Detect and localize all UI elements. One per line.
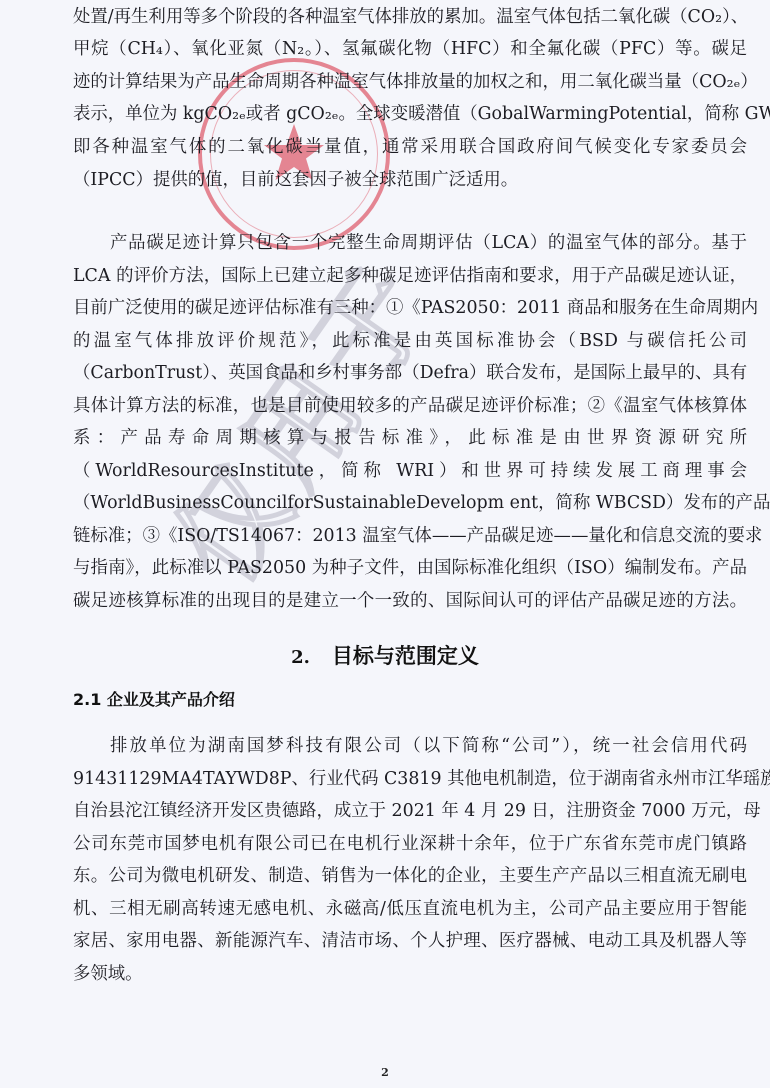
- paragraph3-line: 公司东莞市国梦电机有限公司已在电机行业深耕十余年，位于广东省东莞市虎门镇路: [73, 828, 747, 860]
- paragraph2-line: 目前广泛使用的碳足迹评估标准有三种：①《PAS2050：2011 商品和服务在生…: [73, 292, 747, 324]
- paragraph2-line: 系：产品寿命周期核算与报告标准》，此标准是由世界资源研究所: [73, 422, 747, 454]
- paragraph3-line: 自治县沱江镇经济开发区贵德路，成立于 2021 年 4 月 29 日，注册资金 …: [73, 795, 747, 827]
- section-title: 目标与范围定义: [332, 644, 479, 668]
- paragraph3-line: 机、三相无刷高转速无感电机、永磁高/低压直流电机为主，公司产品主要应用于智能: [73, 893, 747, 925]
- paragraph3-line: 91431129MA4TAYWD8P、行业代码 C3819 其他电机制造，位于湖…: [73, 763, 747, 795]
- paragraph3-line: 家居、家用电器、新能源汽车、清洁市场、个人护理、医疗器械、电动工具及机器人等: [73, 925, 747, 957]
- paragraph3-line: 东。公司为微电机研发、制造、销售为一体化的企业，主要生产产品以三相直流无刷电: [73, 860, 747, 892]
- paragraph1-line: 处置/再生利用等多个阶段的各种温室气体排放的累加。温室气体包括二氧化碳（CO₂）…: [73, 1, 747, 33]
- paragraph2-line: （WorldBusinessCouncilforSustainableDevel…: [73, 487, 747, 519]
- paragraph2-line: 与指南》，此标准以 PAS2050 为种子文件，由国际标准化组织（ISO）编制发…: [73, 552, 747, 584]
- document-page: 仅用于 处置/再生利用等多个阶段的各种温室气体排放的累加。温室气体包括二氧化碳（…: [0, 0, 770, 1088]
- section-heading: 2.目标与范围定义: [0, 640, 770, 674]
- paragraph3-line: 排放单位为湖南国梦科技有限公司（以下简称“公司”），统一社会信用代码: [110, 730, 747, 762]
- paragraph1-line: （IPCC）提供的值，目前这套因子被全球范围广泛适用。: [73, 164, 747, 196]
- paragraph2-line: （WorldResourcesInstitute，简称 WRI）和世界可持续发展…: [73, 455, 747, 487]
- paragraph2-line: （CarbonTrust）、英国食品和乡村事务部（Defra）联合发布，是国际上…: [73, 357, 747, 389]
- paragraph3-line: 多领域。: [73, 958, 747, 990]
- page-number: 2: [0, 1066, 770, 1079]
- section-number: 2.: [291, 647, 310, 668]
- paragraph2-line: LCA 的评价方法，国际上已建立起多种碳足迹评估指南和要求，用于产品碳足迹认证，: [73, 260, 747, 292]
- paragraph1-line: 迹的计算结果为产品生命周期各种温室气体排放量的加权之和，用二氧化碳当量（CO₂ₑ…: [73, 66, 747, 98]
- paragraph2-line: 碳足迹核算标准的出现目的是建立一个一致的、国际间认可的评估产品碳足迹的方法。: [73, 585, 747, 617]
- paragraph2-line: 产品碳足迹计算只包含一个完整生命周期评估（LCA）的温室气体的部分。基于: [110, 227, 747, 259]
- paragraph1-line: 表示，单位为 kgCO₂ₑ或者 gCO₂ₑ。全球变暖潜值（GobalWarmin…: [73, 98, 747, 130]
- paragraph2-line: 的温室气体排放评价规范》，此标准是由英国标准协会（BSD 与碳信托公司: [73, 325, 747, 357]
- subsection-heading: 2.1 企业及其产品介绍: [73, 684, 235, 716]
- paragraph2-line: 链标准；③《ISO/TS14067：2013 温室气体——产品碳足迹——量化和信…: [73, 520, 747, 552]
- paragraph1-line: 甲烷（CH₄）、氧化亚氮（N₂。）、氢氟碳化物（HFC）和全氟化碳（PFC）等。…: [73, 33, 747, 65]
- paragraph2-line: 具体计算方法的标准，也是目前使用较多的产品碳足迹评价标准；②《温室气体核算体: [73, 390, 747, 422]
- paragraph1-line: 即各种温室气体的二氧化碳当量值，通常采用联合国政府间气候变化专家委员会: [73, 131, 747, 163]
